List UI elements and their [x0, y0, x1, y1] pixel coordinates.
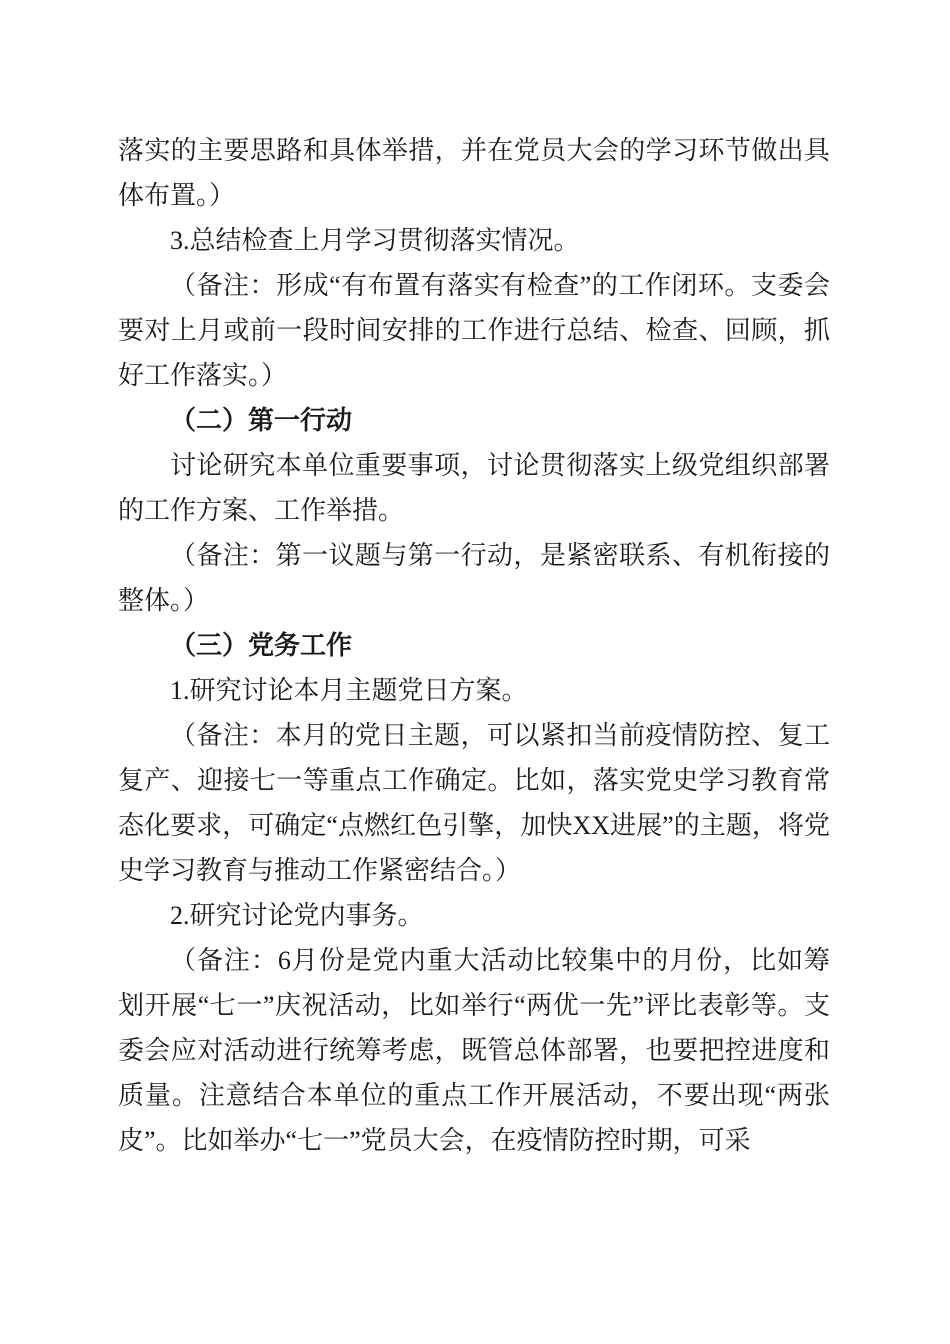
- paragraph-item-1: 1.研究讨论本月主题党日方案。: [118, 668, 830, 713]
- document-page: 落实的主要思路和具体举措，并在党员大会的学习环节做出具体布置。） 3.总结检查上…: [0, 0, 950, 1344]
- paragraph-body: 讨论研究本单位重要事项，讨论贯彻落实上级党组织部署的工作方案、工作举措。: [118, 443, 830, 533]
- paragraph-item-2: 2.研究讨论党内事务。: [118, 893, 830, 938]
- paragraph-note: （备注：第一议题与第一行动，是紧密联系、有机衔接的整体。）: [118, 533, 830, 623]
- section-heading-2: （二）第一行动: [118, 398, 830, 443]
- paragraph-note: （备注：本月的党日主题，可以紧扣当前疫情防控、复工复产、迎接七一等重点工作确定。…: [118, 713, 830, 893]
- paragraph-note-cutoff: （备注：6月份是党内重大活动比较集中的月份，比如筹划开展“七一”庆祝活动，比如举…: [118, 938, 830, 1163]
- document-body: 落实的主要思路和具体举措，并在党员大会的学习环节做出具体布置。） 3.总结检查上…: [118, 128, 830, 1163]
- paragraph-note-continuation: 落实的主要思路和具体举措，并在党员大会的学习环节做出具体布置。）: [118, 128, 830, 218]
- paragraph-item-3: 3.总结检查上月学习贯彻落实情况。: [118, 218, 830, 263]
- section-heading-3: （三）党务工作: [118, 623, 830, 668]
- paragraph-note: （备注：形成“有布置有落实有检查”的工作闭环。支委会要对上月或前一段时间安排的工…: [118, 263, 830, 398]
